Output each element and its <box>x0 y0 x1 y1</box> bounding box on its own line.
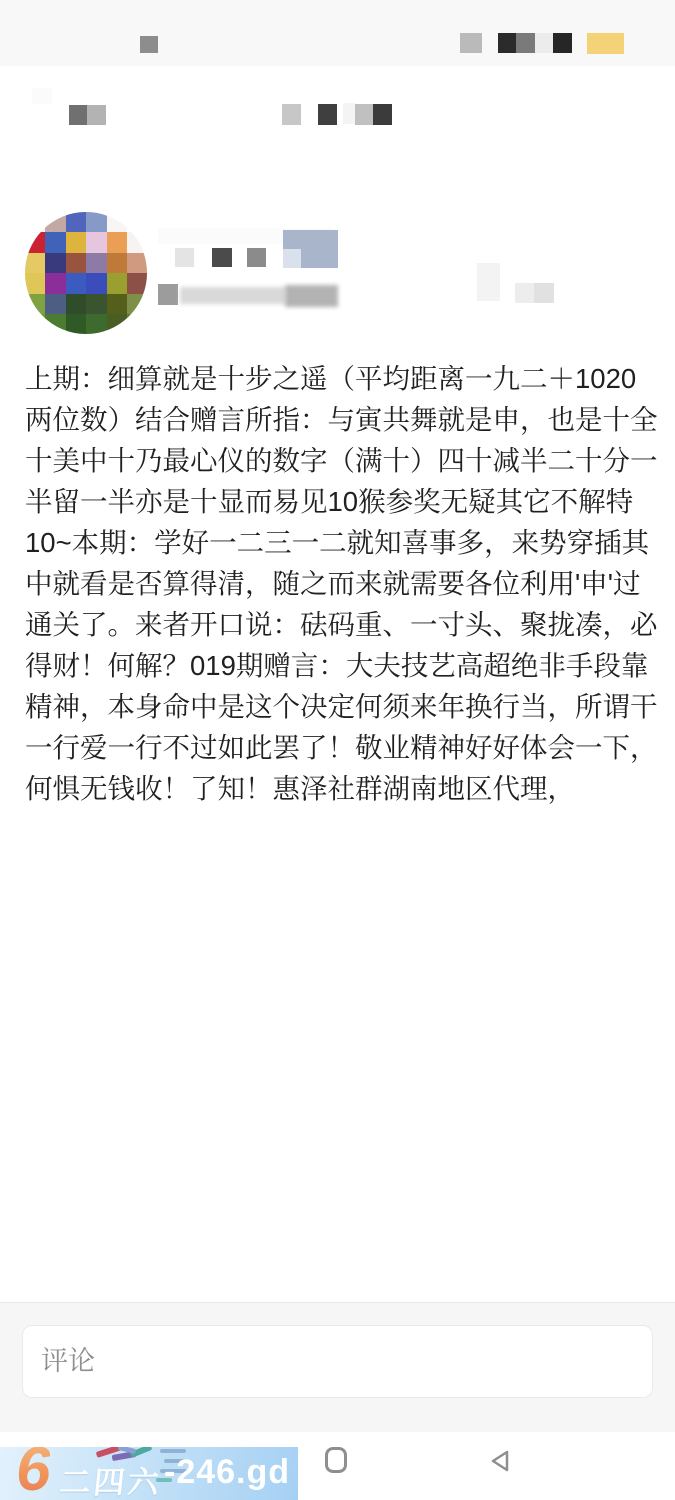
watermark-logo-6: 6 <box>16 1447 50 1500</box>
redacted-block <box>212 248 232 267</box>
avatar-mosaic-tile <box>25 273 46 294</box>
avatar-mosaic-tile <box>86 314 107 334</box>
avatar-mosaic-tile <box>107 294 128 315</box>
avatar-mosaic-tile <box>86 212 107 233</box>
back-triangle-icon[interactable] <box>486 1448 512 1474</box>
redacted-block <box>158 228 333 244</box>
avatar-mosaic-tile <box>127 212 147 233</box>
avatar-mosaic-tile <box>107 232 128 253</box>
avatar-mosaic-tile <box>66 212 87 233</box>
redacted-block <box>32 88 52 104</box>
avatar-mosaic-tile <box>45 294 66 315</box>
redacted-block <box>355 104 373 125</box>
comment-bar <box>0 1303 675 1432</box>
watermark-banner: 6 二四六 -246.gd <box>0 1447 298 1500</box>
avatar-mosaic-tile <box>66 232 87 253</box>
android-nav-bar: 6 二四六 -246.gd <box>0 1432 675 1500</box>
avatar-mosaic-tile <box>107 273 128 294</box>
avatar-mosaic-tile <box>45 232 66 253</box>
avatar-mosaic-tile <box>66 253 87 274</box>
redacted-block <box>373 104 392 125</box>
avatar[interactable] <box>25 212 147 334</box>
phone-screen: 上期：细算就是十步之遥（平均距离一九二＋1020 两位数）结合赠言所指：与寅共舞… <box>0 0 675 1500</box>
avatar-mosaic-tile <box>86 253 107 274</box>
avatar-mosaic-tile <box>25 212 46 233</box>
redacted-block <box>87 105 106 125</box>
avatar-mosaic-tile <box>86 273 107 294</box>
redacted-block <box>318 104 337 125</box>
redacted-block <box>534 283 554 303</box>
redacted-block <box>285 285 338 307</box>
avatar-mosaic-tile <box>86 232 107 253</box>
redacted-block <box>282 104 301 125</box>
avatar-mosaic-tile <box>107 253 128 274</box>
redacted-block <box>477 263 500 301</box>
avatar-mosaic-tile <box>107 314 128 334</box>
watermark-domain: -246.gd <box>164 1453 290 1492</box>
status-bar <box>0 0 675 66</box>
redacted-block <box>175 248 194 267</box>
avatar-mosaic-tile <box>107 212 128 233</box>
avatar-mosaic-tile <box>45 253 66 274</box>
redacted-block <box>158 284 178 305</box>
avatar-mosaic-tile <box>86 294 107 315</box>
redacted-block <box>247 248 266 267</box>
avatar-mosaic-tile <box>25 232 46 253</box>
avatar-mosaic-tile <box>127 232 147 253</box>
avatar-mosaic-tile <box>66 314 87 334</box>
avatar-mosaic-tile <box>25 253 46 274</box>
redacted-block <box>515 283 534 303</box>
comment-input[interactable] <box>22 1325 653 1398</box>
avatar-mosaic-tile <box>45 212 66 233</box>
redacted-block <box>180 287 286 304</box>
avatar-mosaic-tile <box>25 294 46 315</box>
redacted-block <box>69 105 87 125</box>
redacted-block <box>283 230 338 268</box>
avatar-mosaic-tile <box>127 253 147 274</box>
avatar-mosaic-tile <box>66 294 87 315</box>
redacted-block <box>283 249 301 268</box>
avatar-mosaic-tile <box>45 314 66 334</box>
avatar-mosaic-tile <box>127 273 147 294</box>
avatar-mosaic-tile <box>25 314 46 334</box>
home-square-icon[interactable] <box>325 1447 347 1473</box>
watermark-brand-cn: 二四六 <box>58 1457 165 1500</box>
avatar-mosaic-tile <box>66 273 87 294</box>
redacted-block <box>343 103 355 124</box>
avatar-mosaic-tile <box>127 314 147 334</box>
avatar-mosaic-tile <box>127 294 147 315</box>
post-body-text: 上期：细算就是十步之遥（平均距离一九二＋1020 两位数）结合赠言所指：与寅共舞… <box>25 358 665 809</box>
avatar-mosaic-tile <box>45 273 66 294</box>
